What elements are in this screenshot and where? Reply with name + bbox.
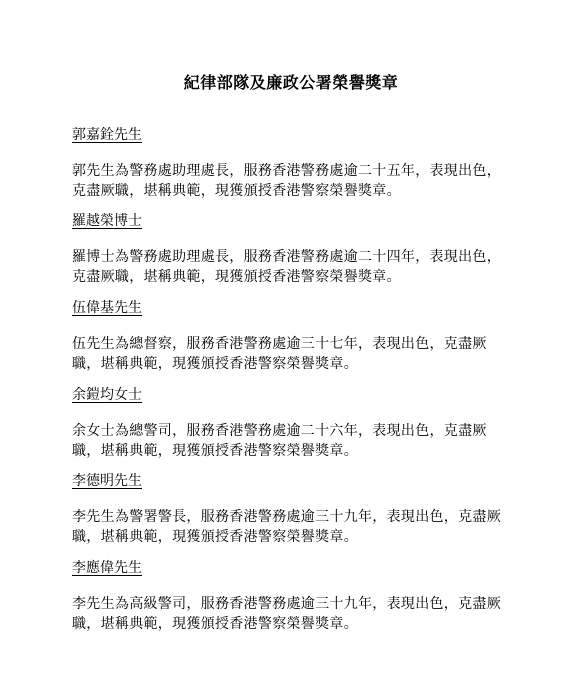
document-page: 紀律部隊及廉政公署榮譽獎章 郭嘉銓先生 郭先生為警務處助理處長，服務香港警務處逾… <box>0 0 582 678</box>
honoree-description: 余女士為總警司，服務香港警務處逾二十六年，表現出色，克盡厥職，堪稱典範，現獲頒授… <box>72 421 512 461</box>
honoree-entry: 羅越榮博士 羅博士為警務處助理處長，服務香港警務處逾二十四年，表現出色，克盡厥職… <box>72 212 512 287</box>
honoree-name: 李德明先生 <box>72 472 512 490</box>
honoree-entry: 李應偉先生 李先生為高級警司，服務香港警務處逾三十九年，表現出色，克盡厥職，堪稱… <box>72 559 512 634</box>
document-title: 紀律部隊及廉政公署榮譽獎章 <box>0 72 582 94</box>
honoree-entry: 余鎧均女士 余女士為總警司，服務香港警務處逾二十六年，表現出色，克盡厥職，堪稱典… <box>72 386 512 461</box>
honoree-description: 李先生為警署警長，服務香港警務處逾三十九年，表現出色，克盡厥職，堪稱典範，現獲頒… <box>72 507 512 547</box>
honoree-name: 伍偉基先生 <box>72 299 512 317</box>
honoree-entry: 伍偉基先生 伍先生為總督察，服務香港警務處逾三十七年，表現出色，克盡厥職，堪稱典… <box>72 299 512 374</box>
honoree-name: 余鎧均女士 <box>72 386 512 404</box>
honoree-entry: 郭嘉銓先生 郭先生為警務處助理處長，服務香港警務處逾二十五年，表現出色，克盡厥職… <box>72 126 512 201</box>
honoree-description: 伍先生為總督察，服務香港警務處逾三十七年，表現出色，克盡厥職，堪稱典範，現獲頒授… <box>72 334 512 374</box>
honoree-name: 羅越榮博士 <box>72 212 512 230</box>
honoree-name: 郭嘉銓先生 <box>72 126 512 144</box>
honoree-description: 郭先生為警務處助理處長，服務香港警務處逾二十五年，表現出色，克盡厥職，堪稱典範，… <box>72 161 512 201</box>
honoree-description: 羅博士為警務處助理處長，服務香港警務處逾二十四年，表現出色，克盡厥職，堪稱典範，… <box>72 247 512 287</box>
honoree-description: 李先生為高級警司，服務香港警務處逾三十九年，表現出色，克盡厥職，堪稱典範，現獲頒… <box>72 594 512 634</box>
honoree-name: 李應偉先生 <box>72 559 512 577</box>
honoree-entry: 李德明先生 李先生為警署警長，服務香港警務處逾三十九年，表現出色，克盡厥職，堪稱… <box>72 472 512 547</box>
